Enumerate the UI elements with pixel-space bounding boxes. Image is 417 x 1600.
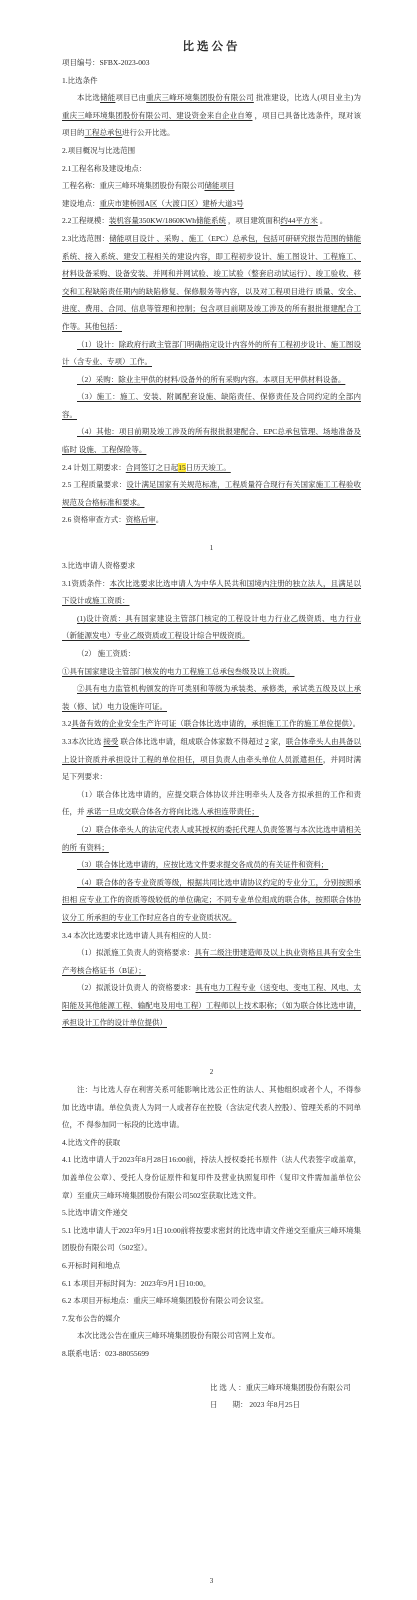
text-run: 注：与比选人存在利害关系可能影响比选公正性的法人、其他组织或者个人，不得参加 比… <box>62 1085 361 1129</box>
text-run: 2.项目概况与比选范围 <box>62 146 135 155</box>
sec3-4-personnel: 3.4 本次比选要求比选申请人具有相应的人员： <box>62 927 361 945</box>
scope-item-design: （1）设计：除政府行政主管部门明确指定设计内容外的所有工程初步设计、施工图设计（… <box>62 336 361 371</box>
underlined-text: 合同签订之日起 <box>126 463 179 472</box>
consortium-req-3: （3）联合体比选申请的，应按比选文件要求提交各成员的有关证件和资料； <box>62 856 361 874</box>
sec4-1: 4.1 比选申请人于2023年8月28日16:00前，持法人授权委托书原件（法人… <box>62 1151 361 1204</box>
sec3-2-safety-license: 3.2具备有效的企业安全生产许可证（联合体比选申请的，承担施工工作的施工单位提供… <box>62 715 361 733</box>
project-name: 工程名称：重庆三峰环境集团股份有限公司储能项目 <box>62 177 361 195</box>
text-run: 3.比选申请人资格要求 <box>62 561 135 570</box>
sec6-1: 6.1 本项目开标时间为：2023年9月1日10:00。 <box>62 1275 361 1293</box>
text-run: 。 <box>353 719 361 728</box>
construction-qualification-heading: （2） 施工资质： <box>62 645 361 663</box>
sec6-2: 6.2 本项目开标地点：重庆三峰环境集团股份有限公司会议室。 <box>62 1292 361 1310</box>
text-run: 6.1 本项目开标时间为：2023年9月1日10:00。 <box>62 1279 210 1288</box>
text-run: 4.比选文件的获取 <box>62 1138 120 1147</box>
underlined-text: 工程总承包 <box>85 128 123 137</box>
underlined-text: （4）联合体的各专业资质等级，根据共同比选申请协议约定的专业分工，分别按照承担相… <box>62 878 361 922</box>
text-run: 本次比选公告在重庆三峰环境集团股份有限公司官网上发布。 <box>77 1331 280 1340</box>
design-qualification: (1)设计资质：具有国家建设主管部门核定的工程设计电力行业乙级资质、电力行业（新… <box>62 610 361 645</box>
personnel-req-1: （1）拟派施工负责人的资格要求：具有二级注册建造师及以上执业资格且具有安全生产考… <box>62 944 361 979</box>
text-run: 2.2工程规模： <box>62 216 109 225</box>
underlined-text: （3）联合体比选申请的，应按比选文件要求提交各成员的有关证件和资料； <box>77 860 328 869</box>
text-run: 3.1资质条件： <box>62 579 110 588</box>
text-run: 3.4 本次比选要求比选申请人具有相应的人员： <box>62 931 216 940</box>
underlined-text: ①具有国家建设主管部门核发的电力工程施工总承包叁级及以上资质。 <box>62 667 295 676</box>
construction-qualification-2: ②具有电力监管机构颁发的许可类别和等级为承装类、承修类，承试类五级及以上承装（修… <box>62 680 361 715</box>
page-number-3: 3 <box>62 1574 361 1588</box>
sec2-2-scale: 2.2工程规模：装机容量350KW/1860KWh储能系统 ，项目建筑面积约44… <box>62 212 361 230</box>
text-run: 比 选 人 ：重庆三峰环境集团股份有限公司 <box>210 1383 351 1392</box>
text-run: 2.1工程名称及建设地点： <box>62 164 146 173</box>
signature-bidder: 比 选 人 ：重庆三峰环境集团股份有限公司 <box>62 1379 361 1397</box>
underlined-text: （1）设计：除政府行政主管部门明确指定设计内容外的所有工程初步设计、施工图设计（… <box>62 340 361 367</box>
text-run: （1）拟派施工负责人的资格要求： <box>77 948 194 957</box>
sec5-heading: 5.比选申请文件递交 <box>62 1204 361 1222</box>
sec3-1-qualification: 3.1资质条件：本次比选要求比选申请人为中华人民共和国境内注册的独立法人，且满足… <box>62 575 361 610</box>
text-run: 。 <box>156 515 164 524</box>
underlined-text: 储能 <box>100 93 115 102</box>
text-run: 1 <box>210 544 214 552</box>
sec2-4-duration: 2.4 计划工期要求：合同签订之日起15日历天竣工。 <box>62 459 361 477</box>
underlined-text: 重庆市建桥园A区（大渡口区）建桥大道3号 <box>100 199 244 208</box>
sec2-3-scope: 2.3比选范围：储能项目设计 、采购 、施工（EPC）总承包，包括可研研究报告范… <box>62 230 361 336</box>
sec1-body: 本比选储能项目已由重庆三峰环境集团股份有限公司 批准建设，比选人(项目业主)为 … <box>62 89 361 142</box>
note: 注：与比选人存在利害关系可能影响比选公正性的法人、其他组织或者个人，不得参加 比… <box>62 1081 361 1134</box>
document-page: 比选公告 项目编号：SFBX-2023-003 1.比选条件本比选储能项目已由重… <box>0 0 417 1600</box>
text-run: 4.1 比选申请人于2023年8月28日16:00前，持法人授权委托书原件（法人… <box>62 1155 361 1199</box>
text-run: 3.2 <box>62 719 71 728</box>
text-run: 。 <box>318 216 327 225</box>
text-run: ，项目建筑面积 <box>226 216 280 225</box>
text-run: 进行公开比选。 <box>122 128 175 137</box>
underlined-text: 重庆三峰环境集团股份有限公司 <box>146 93 254 102</box>
underlined-text: 日历天竣工。 <box>186 463 231 472</box>
highlighted-value: 15 <box>178 463 186 472</box>
text-run: 日 期： 2023 年8月25日 <box>210 1400 300 1409</box>
sec1-heading: 1.比选条件 <box>62 72 361 90</box>
underlined-text: 重庆三峰环境集团股份有限公司、建设资金来自企业自筹 <box>62 111 252 120</box>
construction-qualification-1: ①具有国家建设主管部门核发的电力工程施工总承包叁级及以上资质。 <box>62 663 361 681</box>
sec3-heading: 3.比选申请人资格要求 <box>62 557 361 575</box>
sec2-heading: 2.项目概况与比选范围 <box>62 142 361 160</box>
text-run: 5.1 比选申请人于2023年9月1日10:00前将按要求密封的比选申请文件递交… <box>62 1226 361 1253</box>
sec8-contact: 8.联系电话：023-88055699 <box>62 1345 361 1363</box>
text-run: 2.3比选范围： <box>62 234 109 243</box>
underlined-text: ②具有电力监管机构颁发的许可类别和等级为承装类、承修类，承试类五级及以上承装（修… <box>62 684 361 711</box>
sec2-6-qualification-review: 2.6 资格审查方式：资格后审。 <box>62 511 361 529</box>
underlined-text: （4）其他：项目前期及竣工涉及的所有报批报建配合、EPC总承包管理、场地准备及临… <box>62 427 361 454</box>
scope-item-procurement: （2）采购：除业主甲供的材料/设备外的所有采购内容。本项目无甲供材料设备。 <box>62 371 361 389</box>
text-run: 5.比选申请文件递交 <box>62 1208 128 1217</box>
text-run: 工程名称：重庆三峰环境集团股份有限公司 <box>62 181 205 190</box>
personnel-req-2: （2）拟派设计负责人 的资格要求：具有电力工程专业（送变电、变电工程、风电、太阳… <box>62 979 361 1032</box>
sec4-heading: 4.比选文件的获取 <box>62 1134 361 1152</box>
sec7-heading: 7.发布公告的媒介 <box>62 1310 361 1328</box>
text-run: （2） 施工资质： <box>77 649 135 658</box>
text-run: 联合体比选申请，组成联合体家数不得超过 <box>118 737 265 746</box>
underlined-text: 接受 <box>103 737 118 746</box>
page-number-1: 1 <box>62 541 361 555</box>
page-number-2: 2 <box>62 1065 361 1079</box>
scope-item-other: （4）其他：项目前期及竣工涉及的所有报批报建配合、EPC总承包管理、场地准备及临… <box>62 423 361 458</box>
sec2-1-heading: 2.1工程名称及建设地点： <box>62 160 361 178</box>
text-run: 6.2 本项目开标地点：重庆三峰环境集团股份有限公司会议室。 <box>62 1296 268 1305</box>
project-number: 项目编号：SFBX-2023-003 <box>62 54 361 72</box>
text-run: 2.5 工程质量要求： <box>62 480 126 489</box>
scope-item-construction: （3）施工：施工、安装、附属配套设施、缺陷责任、保修责任及合同约定的全部内容。 <box>62 388 361 423</box>
consortium-req-1: （1）联合体比选申请的，应提交联合体协议并注明牵头人及各方拟承担的工作和责任，并… <box>62 786 361 821</box>
text-run: 6.开标时间和地点 <box>62 1261 120 1270</box>
underlined-text: 储能项目设计 、采购 、施工（EPC）总承包，包括可研研究报告范围的储能系统、接… <box>62 234 361 331</box>
text-run: 2.4 计划工期要求： <box>62 463 126 472</box>
underlined-text: 约44平方米 <box>280 216 318 225</box>
text-run: 项目已由 <box>115 93 146 102</box>
text-run: 3.3本次比选 <box>62 737 103 746</box>
text-run: 家， <box>269 737 286 746</box>
text-run: 3 <box>210 1577 214 1585</box>
underlined-text: 储能项目 <box>205 181 235 190</box>
underlined-text: 承诺一旦成交联合体各方将向比选人承担连带责任； <box>86 807 259 816</box>
project-location: 建设地点：重庆市建桥园A区（大渡口区）建桥大道3号 <box>62 195 361 213</box>
text-run: （2）拟派设计负责人 的资格要求： <box>77 983 196 992</box>
underlined-text: （2）联合体牵头人的法定代表人或其授权的委托代理人负责签署与本次比选申请相关的所… <box>62 825 361 852</box>
document-body: 1.比选条件本比选储能项目已由重庆三峰环境集团股份有限公司 批准建设，比选人(项… <box>62 72 361 1588</box>
underlined-text: （2）采购：除业主甲供的材料/设备外的所有采购内容。本项目无甲供材料设备。 <box>77 375 345 384</box>
sec3-3-consortium: 3.3本次比选 接受 联合体比选申请，组成联合体家数不得超过 2 家，联合体牵头… <box>62 733 361 786</box>
text-run: 本比选 <box>77 93 100 102</box>
text-run: 8.联系电话：023-88055699 <box>62 1349 149 1358</box>
text-run: 批准建设，比选人(项目业主)为 <box>254 93 361 102</box>
text-run: 1.比选条件 <box>62 76 98 85</box>
underlined-text: （3）施工：施工、安装、附属配套设施、缺陷责任、保修责任及合同约定的全部内容。 <box>62 392 361 419</box>
text-run: 7.发布公告的媒介 <box>62 1314 120 1323</box>
signature-date: 日 期： 2023 年8月25日 <box>62 1396 361 1414</box>
underlined-text: (1)设计资质：具有国家建设主管部门核定的工程设计电力行业乙级资质、电力行业（新… <box>62 614 361 641</box>
consortium-req-4: （4）联合体的各专业资质等级，根据共同比选申请协议约定的专业分工，分别按照承担相… <box>62 874 361 927</box>
consortium-req-2: （2）联合体牵头人的法定代表人或其授权的委托代理人负责签署与本次比选申请相关的所… <box>62 821 361 856</box>
sec6-heading: 6.开标时间和地点 <box>62 1257 361 1275</box>
underlined-text: 装机容量350KW/1860KWh储能系统 <box>109 216 226 225</box>
underlined-text: 具备有效的企业安全生产许可证（联合体比选申请的，承担施工工作的施工单位提供） <box>71 719 352 728</box>
sec7-body: 本次比选公告在重庆三峰环境集团股份有限公司官网上发布。 <box>62 1327 361 1345</box>
document-title: 比选公告 <box>62 38 361 54</box>
sec2-5-quality: 2.5 工程质量要求：设计满足国家有关规范标准，工程质量符合现行有关国家施工工程… <box>62 476 361 511</box>
underlined-text: 资格后审 <box>126 515 156 524</box>
text-run: 2 <box>210 1068 214 1076</box>
sec5-1: 5.1 比选申请人于2023年9月1日10:00前将按要求密封的比选申请文件递交… <box>62 1222 361 1257</box>
text-run: 建设地点： <box>62 199 100 208</box>
text-run: 2.6 资格审查方式： <box>62 515 126 524</box>
